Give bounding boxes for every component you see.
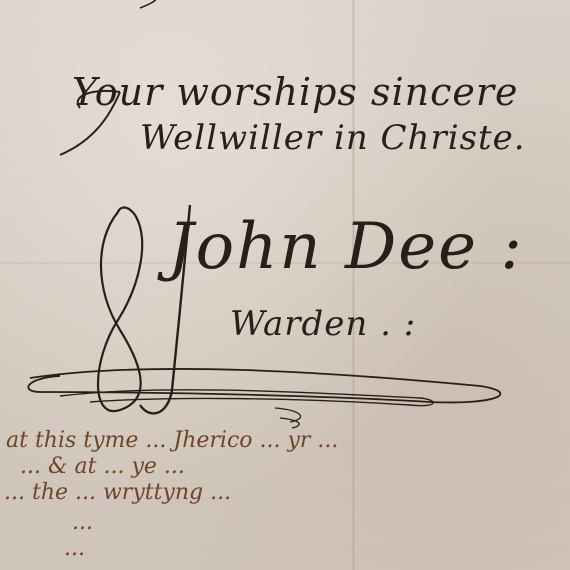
manuscript-photo: Your worships sincere Wellwiller in Chri… — [0, 0, 570, 570]
later-note-line: ... the ... wryttyng ... — [4, 480, 231, 505]
signature-title: Warden . : — [230, 304, 416, 344]
later-note-line: ... & at ... ye ... — [20, 454, 185, 479]
closing-line-1: Your worships sincere — [72, 70, 519, 114]
later-note-line: ... — [64, 536, 85, 561]
closing-line-2: Wellwiller in Christe. — [140, 118, 526, 158]
later-note-line: at this tyme ... Jherico ... yr ... — [6, 428, 338, 453]
signature-name: John Dee : — [168, 210, 524, 284]
later-note-line: ... — [72, 510, 93, 535]
